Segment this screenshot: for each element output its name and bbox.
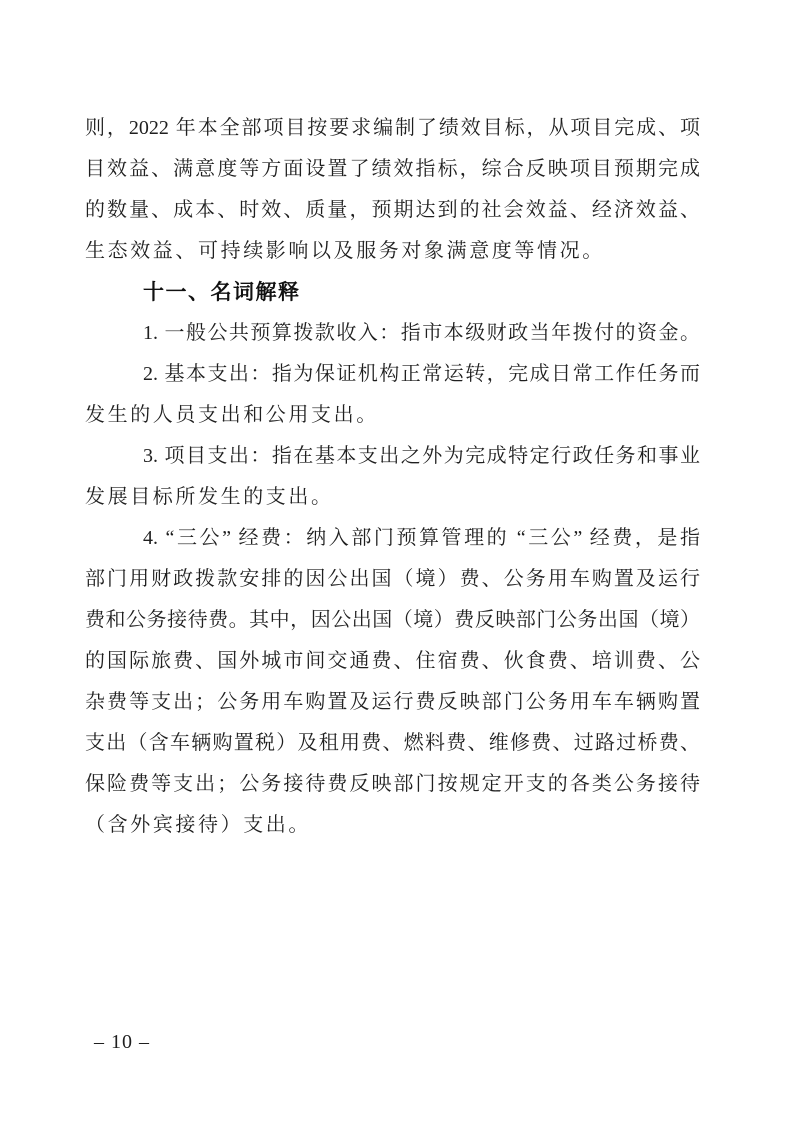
document-page: 则，2022 年本全部项目按要求编制了绩效目标，从项目完成、项目效益、满意度等方…	[0, 0, 793, 1122]
text-line: 3. 项目支出：指在基本支出之外为完成特定行政任务和事业	[85, 436, 700, 477]
text-line: 部门用财政拨款安排的因公出国（境）费、公务用车购置及运行	[85, 559, 700, 600]
body-text: 则，2022 年本全部项目按要求编制了绩效目标，从项目完成、项目效益、满意度等方…	[85, 108, 700, 846]
text-line: 的数量、成本、时效、质量，预期达到的社会效益、经济效益、	[85, 190, 700, 231]
text-line: 发生的人员支出和公用支出。	[85, 395, 700, 436]
text-line: 1. 一般公共预算拨款收入：指市本级财政当年拨付的资金。	[85, 313, 700, 354]
text-line: 目效益、满意度等方面设置了绩效指标，综合反映项目预期完成	[85, 149, 700, 190]
text-line: 则，2022 年本全部项目按要求编制了绩效目标，从项目完成、项	[85, 108, 700, 149]
section-heading: 十一、名词解释	[85, 272, 700, 313]
text-line: 费和公务接待费。其中，因公出国（境）费反映部门公务出国（境）	[85, 600, 700, 641]
text-line: （含外宾接待）支出。	[85, 805, 700, 846]
text-line: 4. “三公” 经费：纳入部门预算管理的 “三公” 经费，是指	[85, 518, 700, 559]
page-number: – 10 –	[94, 1030, 150, 1054]
text-line: 发展目标所发生的支出。	[85, 477, 700, 518]
text-line: 支出（含车辆购置税）及租用费、燃料费、维修费、过路过桥费、	[85, 723, 700, 764]
text-line: 杂费等支出；公务用车购置及运行费反映部门公务用车车辆购置	[85, 682, 700, 723]
text-line: 保险费等支出；公务接待费反映部门按规定开支的各类公务接待	[85, 764, 700, 805]
text-line: 生态效益、可持续影响以及服务对象满意度等情况。	[85, 231, 700, 272]
text-line: 2. 基本支出：指为保证机构正常运转，完成日常工作任务而	[85, 354, 700, 395]
text-line: 的国际旅费、国外城市间交通费、住宿费、伙食费、培训费、公	[85, 641, 700, 682]
